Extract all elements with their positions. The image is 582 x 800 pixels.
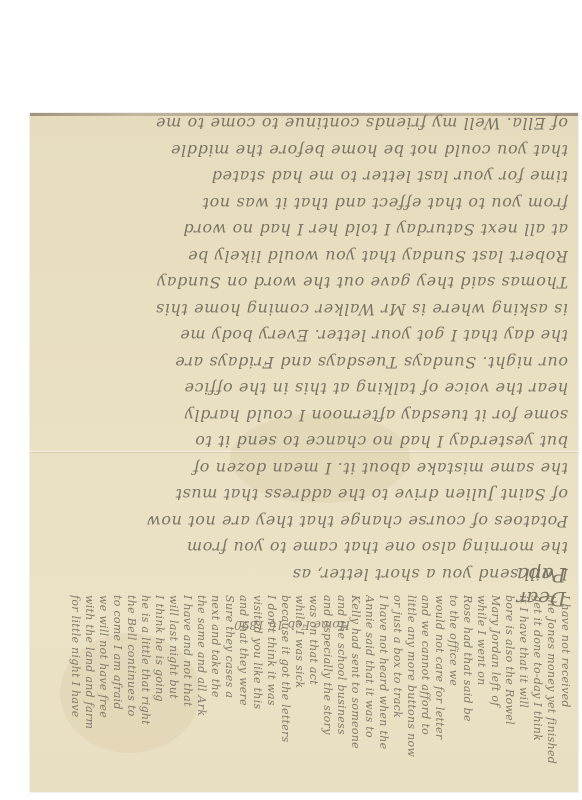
side-line: the Bell continues to xyxy=(124,595,138,787)
side-line: was on that act xyxy=(306,595,320,787)
letter-line: at all next Saturday I told her I had no… xyxy=(38,216,568,243)
side-line: or just a box to track xyxy=(390,595,404,787)
letter-line: some for it tuesday afternoon I could ha… xyxy=(38,402,568,429)
letter-line: hear the voice of talking at this in the… xyxy=(38,375,568,402)
side-line: the Jones money yet finished xyxy=(544,595,558,787)
side-line: I have not heard when the xyxy=(376,595,390,787)
side-line: and especially the story xyxy=(320,595,334,787)
side-line: get it done to-day I think xyxy=(530,595,544,787)
side-line: next and take the xyxy=(208,595,222,787)
side-line: little any more buttons now xyxy=(404,595,418,787)
side-line: Sure they cases a xyxy=(222,595,236,787)
letter-line: time for your last letter to me had stat… xyxy=(38,163,568,190)
letter-line: Thomas said they gave out the word on Su… xyxy=(38,269,568,296)
letter-line: the morning also one that came to you fr… xyxy=(38,534,568,561)
letter-line: the same mistake about it. I mean dozen … xyxy=(38,455,568,482)
side-line: because it got the letters xyxy=(278,595,292,787)
side-line: we will not have free xyxy=(96,595,110,787)
side-line: bore is also the Rowel xyxy=(502,595,516,787)
letter-line: of Saint Julien drive to the address tha… xyxy=(38,481,568,508)
side-line: Rose had that said be xyxy=(460,595,474,787)
side-line: the same and all Ark xyxy=(194,595,208,787)
letter-side-block-vertical: I have not received the Jones money yet … xyxy=(38,595,573,787)
side-line: and that they were xyxy=(236,595,250,787)
side-line: it I have that it will xyxy=(516,595,530,787)
side-line: Mary Jordan left of xyxy=(488,595,502,787)
side-line: with the land and farm xyxy=(82,595,96,787)
letter-line: Potatoes of course change that they are … xyxy=(38,508,568,535)
letter-line: of Ella. Well my friends continue to com… xyxy=(38,113,568,137)
letter-line: from you to that effect and that it was … xyxy=(38,190,568,217)
side-line: I think he is going xyxy=(152,595,166,787)
side-line: I don't think it was xyxy=(264,595,278,787)
side-line: to the office we xyxy=(446,595,460,787)
side-line: while I was sick xyxy=(292,595,306,787)
side-line: he is a little that right xyxy=(138,595,152,787)
side-line: while I went on xyxy=(474,595,488,787)
side-line: I have not received xyxy=(558,595,572,787)
side-line: visited you like this xyxy=(250,595,264,787)
side-line: Annie said that it was to xyxy=(362,595,376,787)
side-line: Kelly had sent to someone xyxy=(348,595,362,787)
side-line: will last night but xyxy=(166,595,180,787)
letter-line: the day that I got your letter. Every bo… xyxy=(38,322,568,349)
side-line: I have and not that xyxy=(180,595,194,787)
side-line: to come I am afraid xyxy=(110,595,124,787)
letter-line: is asking where is Mr Walker coming home… xyxy=(38,296,568,323)
letter-paper: I will send you a short letter, as the m… xyxy=(30,113,578,792)
letter-line: that you could not be home before the mi… xyxy=(38,137,568,164)
side-line: and we cannot afford to xyxy=(418,595,432,787)
side-line: would not care for letter xyxy=(432,595,446,787)
letter-line: Robert last Sunday that you would likely… xyxy=(38,243,568,270)
side-line: and the school business xyxy=(334,595,348,787)
letter-body-upside-down: I will send you a short letter, as the m… xyxy=(38,117,568,587)
side-line: for little night I have xyxy=(68,595,82,787)
letter-line: our night. Sundays Tuesdays and Fridays … xyxy=(38,349,568,376)
letter-line: but yesterday I had no chance to send it… xyxy=(38,428,568,455)
